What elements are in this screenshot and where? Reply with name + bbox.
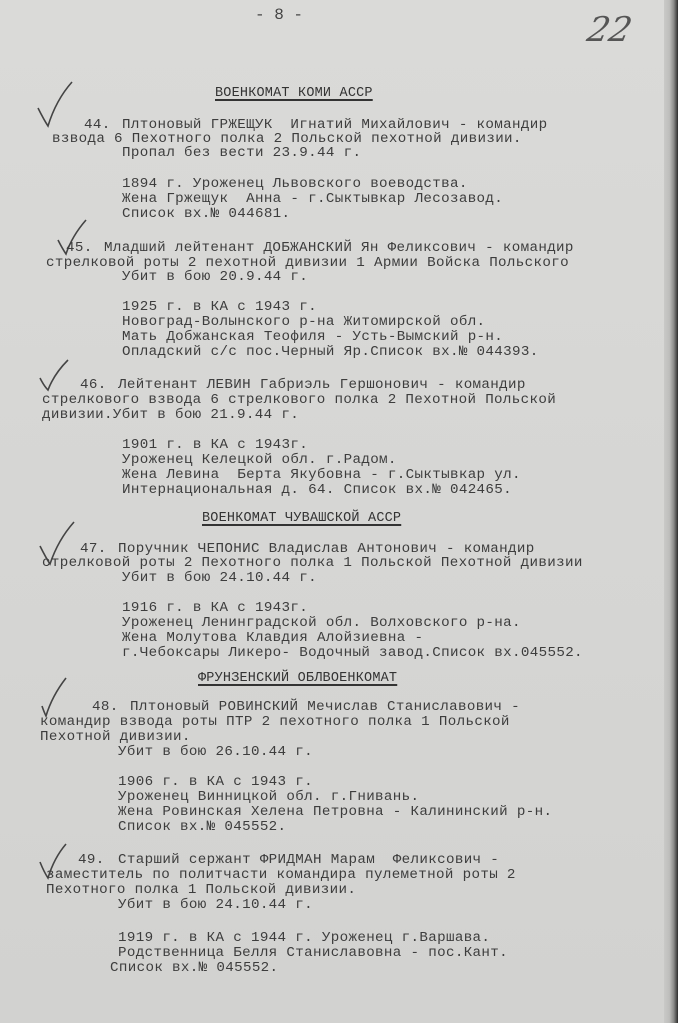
entry-detail: 1901 г. в КА с 1943г. bbox=[122, 438, 308, 453]
entry-detail: Жена Ровинская Хелена Петровна - Калинин… bbox=[118, 805, 552, 820]
entry-detail: Жена Левина Берта Якубовна - г.Сыктывкар… bbox=[122, 468, 521, 483]
entry-detail: г.Чебоксары Ликеро- Водочный завод.Списо… bbox=[122, 646, 583, 661]
entry-detail: Уроженец Ленинградской обл. Волховского … bbox=[122, 616, 521, 631]
checkmark-icon bbox=[38, 358, 72, 394]
checkmark-icon bbox=[38, 676, 70, 718]
entry-detail: Родственница Белля Станиславовна - пос.К… bbox=[118, 946, 508, 961]
entry-line: Пропал без вести 23.9.44 г. bbox=[122, 146, 361, 161]
entry-line: Убит в бою 26.10.44 г. bbox=[118, 745, 313, 760]
entry-detail: Опладский с/с пос.Черный Яр.Список вх.№ … bbox=[122, 345, 539, 360]
section-heading-chuvash: ВОЕНКОМАТ ЧУВАШСКОЙ АССР bbox=[202, 511, 401, 526]
entry-number: 48. bbox=[92, 700, 119, 715]
entry-detail: Жена Молутова Клавдия Алойзиевна - bbox=[122, 631, 423, 646]
entry-line: Старший сержант ФРИДМАН Марам Феликсович… bbox=[118, 853, 499, 868]
entry-detail: Список вх.№ 044681. bbox=[122, 207, 290, 222]
entry-line: Плтоновый РОВИНСКИЙ Мечислав Станиславов… bbox=[130, 700, 520, 715]
entry-line: Лейтенант ЛЕВИН Габриэль Гершонович - ко… bbox=[118, 378, 526, 393]
entry-detail: 1906 г. в КА с 1943 г. bbox=[118, 775, 313, 790]
document-page: - 8 - 22 ВОЕНКОМАТ КОМИ АССР 44. Плтонов… bbox=[0, 0, 664, 1023]
checkmark-icon bbox=[36, 80, 76, 130]
page-number: - 8 - bbox=[255, 6, 303, 24]
section-heading-komi: ВОЕНКОМАТ КОМИ АССР bbox=[215, 86, 373, 101]
entry-detail: 1919 г. в КА с 1944 г. Уроженец г.Варшав… bbox=[118, 931, 490, 946]
entry-detail: Уроженец Винницкой обл. г.Гнивань. bbox=[118, 790, 419, 805]
entry-detail: Интернациональная д. 64. Список вх.№ 042… bbox=[122, 483, 512, 498]
entry-detail: Список вх.№ 045552. bbox=[110, 961, 278, 976]
page-edge-shadow bbox=[664, 0, 678, 1023]
handwritten-sheet-number: 22 bbox=[584, 10, 636, 50]
entry-number: 46. bbox=[80, 378, 107, 393]
entry-detail: Мать Добжанская Теофиля - Усть-Вымский р… bbox=[122, 330, 503, 345]
entry-number: 49. bbox=[78, 853, 105, 868]
entry-line: Убит в бою 20.9.44 г. bbox=[122, 270, 308, 285]
entry-line: стрелковой роты 2 Пехотного полка 1 Поль… bbox=[42, 556, 583, 571]
entry-line: Младший лейтенант ДОБЖАНСКИЙ Ян Феликсов… bbox=[104, 241, 574, 256]
entry-line: стрелкового взвода 6 стрелкового полка 2… bbox=[42, 393, 556, 408]
entry-detail: 1916 г. в КА с 1943г. bbox=[122, 601, 308, 616]
entry-line: Пехотной дивизии. bbox=[40, 730, 191, 745]
entry-detail: Жена Гржещук Анна - г.Сыктывкар Лесозаво… bbox=[122, 192, 503, 207]
entry-line: Убит в бою 24.10.44 г. bbox=[122, 571, 317, 586]
entry-detail: Список вх.№ 045552. bbox=[118, 820, 286, 835]
entry-detail: 1894 г. Уроженец Львовского воеводства. bbox=[122, 177, 468, 192]
section-heading-frunze: ФРУНЗЕНСКИЙ ОБЛВОЕНКОМАТ bbox=[198, 671, 397, 686]
entry-detail: Уроженец Келецкой обл. г.Радом. bbox=[122, 453, 397, 468]
entry-line: заместитель по политчасти командира пуле… bbox=[46, 868, 516, 883]
entry-line: Пехотного полка 1 Польской дивизии. bbox=[46, 883, 356, 898]
entry-detail: Новоград-Волынского р-на Житомирской обл… bbox=[122, 315, 485, 330]
entry-line: Убит в бою 24.10.44 г. bbox=[118, 898, 313, 913]
entry-line: дивизии.Убит в бою 21.9.44 г. bbox=[42, 408, 299, 423]
entry-line: командир взвода роты ПТР 2 пехотного пол… bbox=[40, 715, 510, 730]
entry-number: 45. bbox=[66, 241, 93, 256]
entry-detail: 1925 г. в КА с 1943 г. bbox=[122, 300, 317, 315]
